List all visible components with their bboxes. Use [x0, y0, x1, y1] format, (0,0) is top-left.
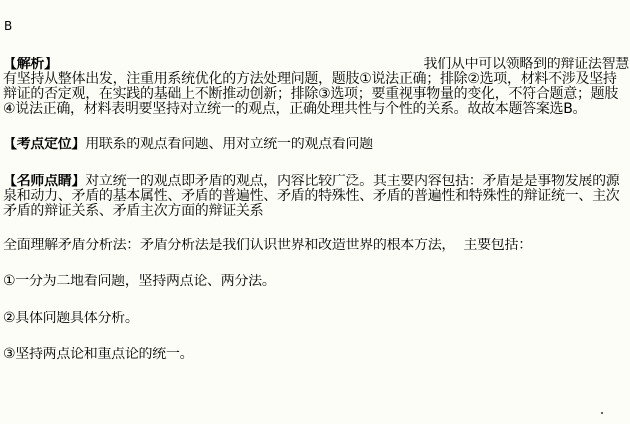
method-item-line: ③坚持两点论和重点论的统一。: [3, 347, 629, 362]
analysis-header: 【解析】: [3, 57, 58, 72]
answer-letter: B: [4, 20, 12, 32]
answer-explanation-page: B 【解析】 我们从中可以领略到的辩证法智慧 有坚持从整体出发，注重用系统优化的…: [0, 0, 630, 424]
method-item-2: ②具体问题具体分析。: [3, 311, 629, 326]
analysis-section: 【解析】 我们从中可以领略到的辩证法智慧 有坚持从整体出发，注重用系统优化的方法…: [3, 57, 629, 117]
method-intro-section: 全面理解矛盾分析法：矛盾分析法是我们认识世界和改造世界的根本方法， 主要包括：: [3, 238, 629, 253]
method-item-3: ③坚持两点论和重点论的统一。: [3, 347, 629, 362]
tips-header: 【名师点睛】: [3, 174, 85, 189]
analysis-line: ④说法正确，材料表明要坚持对立统一的观点，正确处理共性与个性的关系。故故本题答案…: [3, 102, 629, 117]
stray-ink-dot: [601, 412, 603, 414]
exam-point-section: 【考点定位】用联系的观点看问题、用对立统一的观点看问题: [3, 137, 629, 152]
method-intro-line: 全面理解矛盾分析法：矛盾分析法是我们认识世界和改造世界的根本方法， 主要包括：: [3, 238, 629, 253]
analysis-line: 辩证的否定观，在实践的基础上不断推动创新；排除③选项；要重视事物量的变化，不符合…: [3, 87, 629, 102]
tips-section: 【名师点睛】对立统一的观点即矛盾的观点，内容比较广泛。其主要内容包括：矛盾是是事…: [3, 174, 629, 219]
method-item-1: ①一分为二地看问题，坚持两点论、两分法。: [3, 274, 629, 289]
exam-point-text: 用联系的观点看问题、用对立统一的观点看问题: [85, 137, 373, 152]
tips-line: 泉和动力、矛盾的基本属性、矛盾的普遍性、矛盾的特殊性、矛盾的普遍性和特殊性的辩证…: [3, 189, 629, 204]
exam-point-header: 【考点定位】: [3, 137, 85, 152]
analysis-line: 有坚持从整体出发，注重用系统优化的方法处理问题，题肢①说法正确；排除②选项，材料…: [3, 72, 629, 87]
tips-first-line: 【名师点睛】对立统一的观点即矛盾的观点，内容比较广泛。其主要内容包括：矛盾是是事…: [3, 174, 629, 189]
method-item-line: ②具体问题具体分析。: [3, 311, 629, 326]
analysis-intro-right: 我们从中可以领略到的辩证法智慧: [424, 57, 630, 72]
exam-point-line: 【考点定位】用联系的观点看问题、用对立统一的观点看问题: [3, 137, 629, 152]
tips-line1-text: 对立统一的观点即矛盾的观点，内容比较广泛。其主要内容包括：矛盾是是事物发展的源: [85, 174, 619, 189]
tips-line: 矛盾的辩证关系、矛盾主次方面的辩证关系: [3, 204, 629, 219]
analysis-first-line: 【解析】 我们从中可以领略到的辩证法智慧: [3, 57, 629, 72]
method-item-line: ①一分为二地看问题，坚持两点论、两分法。: [3, 274, 629, 289]
